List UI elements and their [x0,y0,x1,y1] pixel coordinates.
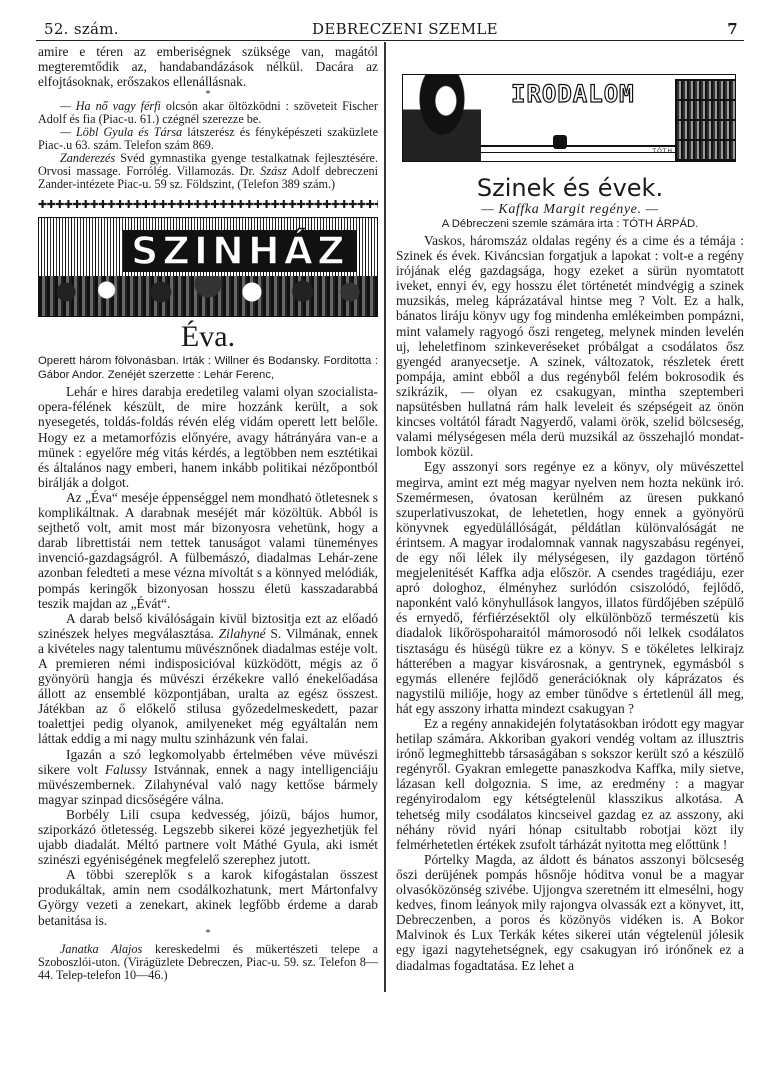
irodalom-banner-illustration: IRODALOM TÓTH [402,74,736,162]
bookshelf-illustration [675,79,735,161]
page-header: 52. szám. DEBRECZENI SZEMLE 7 [36,18,744,41]
essay-paragraph-3: Ez a regény annakidején folytatásokban i… [396,716,744,852]
operetta-credits: Operett három fölvonásban. Irták : Willn… [38,355,378,382]
text: S. Vilmának, ennek a kivételes nagy tale… [38,626,378,747]
article-title-szinek: Szinek és évek. [396,174,744,202]
review-paragraph-1: Lehár e hires darabja eredetileg valami … [38,384,378,490]
article-subtitle: — Kaffka Margit regénye. — [396,202,744,217]
ad-zander: Zanderezés Svéd gymnastika gyenge testal… [38,152,378,191]
actor-name: Zilahyné [219,626,266,641]
article-byline: A Débreczeni szemle számára irta : TÓTH … [396,217,744,231]
article-title-eva: Éva. [38,321,378,353]
left-column: amire e téren az emberiségnek szüksége v… [38,44,378,982]
issue-number: 52. szám. [44,20,119,38]
desk-line [481,152,681,153]
szinhaz-banner-illustration: SZINHÁZ [38,217,378,317]
ad-janatka: Janatka Alajos kereskedelmi és mükertész… [38,943,378,982]
artist-signature: TÓTH [652,144,673,159]
essay-paragraph-1: Vaskos, háromszáz oldalas regény és a ci… [396,233,744,459]
review-paragraph-5: Borbély Lili csupa kedvesség, jóizü, báj… [38,807,378,867]
irodalom-sign: IRODALOM [511,87,635,102]
plus-divider: ✚✚✚✚✚✚✚✚✚✚✚✚✚✚✚✚✚✚✚✚✚✚✚✚✚✚✚✚✚✚✚✚✚✚✚✚✚✚✚✚ [38,199,378,211]
ad-lead: — Löbl Gyula és Társa [60,125,182,139]
ad-lead: — Ha nő vagy férfi [60,99,161,113]
review-paragraph-3: A darab belső kiválóságain kivül biztosi… [38,611,378,747]
essay-paragraph-2: Egy asszonyi sors regénye ez a könyv, ol… [396,459,744,716]
ad-name: Szász [260,164,286,178]
column-divider [384,42,386,992]
szinhaz-sign: SZINHÁZ [123,230,357,272]
masthead-title: DEBRECZENI SZEMLE [312,20,498,38]
review-paragraph-6: A többi szereplők s a karok kifogástalan… [38,867,378,927]
closing-ad: Janatka Alajos kereskedelmi és mükertész… [38,943,378,982]
ad-lobl: — Löbl Gyula és Társa látszerész és fény… [38,126,378,152]
ad-lead: Janatka Alajos [60,942,142,956]
right-column: IRODALOM TÓTH Szinek és évek. — Kaffka M… [396,44,744,973]
inkwell-icon [553,135,567,149]
review-paragraph-4: Igazán a szó legkomolyabb értelmében vév… [38,747,378,807]
actor-name: Falussy [105,762,147,777]
audience-illustration [39,276,377,316]
classified-ads: — Ha nő vagy férfi olcsón akar öltözködn… [38,100,378,191]
intro-paragraph: amire e téren az emberiségnek szüksége v… [38,44,378,89]
ad-lead: Zanderezés [60,151,115,165]
desk-line [481,145,681,147]
writer-illustration [403,75,481,161]
ad-fischer: — Ha nő vagy férfi olcsón akar öltözködn… [38,100,378,126]
page-number: 7 [727,20,738,38]
closing-star: * [38,929,378,939]
essay-paragraph-4: Pórtelky Magda, az áldott és bánatos ass… [396,852,744,973]
review-paragraph-2: Az „Éva“ meséje éppenséggel nem mondható… [38,490,378,611]
